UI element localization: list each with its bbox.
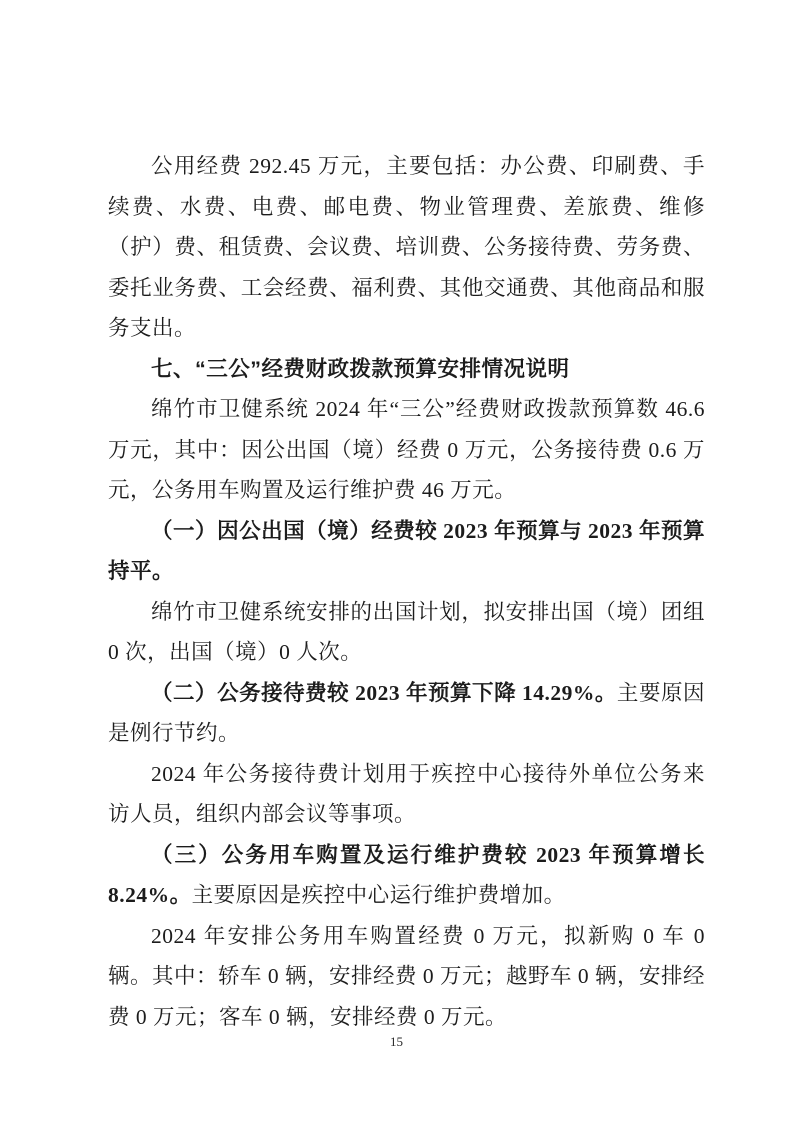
paragraph-vehicle-purchase-plan: 2024 年安排公务用车购置经费 0 万元，拟新购 0 车 0 辆。其中：轿车 … [108, 916, 705, 1038]
subsection-1-overseas-travel: （一）因公出国（境）经费较 2023 年预算与 2023 年预算持平。 [108, 511, 705, 592]
paragraph-overseas-travel-plan: 绵竹市卫健系统安排的出国计划，拟安排出国（境）团组 0 次，出国（境）0 人次。 [108, 592, 705, 673]
paragraph-public-funds: 公用经费 292.45 万元，主要包括：办公费、印刷费、手续费、水费、电费、邮电… [108, 146, 705, 349]
document-content: 公用经费 292.45 万元，主要包括：办公费、印刷费、手续费、水费、电费、邮电… [108, 146, 705, 1037]
paragraph-reception-plan: 2024 年公务接待费计划用于疾控中心接待外单位公务来访人员，组织内部会议等事项… [108, 754, 705, 835]
subsection-1-bold-text: （一）因公出国（境）经费较 2023 年预算与 2023 年预算持平。 [108, 519, 705, 584]
section-heading-three-public-funds: 七、“三公”经费财政拨款预算安排情况说明 [108, 349, 705, 390]
subsection-2-official-reception: （二）公务接待费较 2023 年预算下降 14.29%。主要原因是例行节约。 [108, 673, 705, 754]
subsection-3-normal-text: 主要原因是疾控中心运行维护费增加。 [192, 883, 566, 907]
paragraph-three-public-budget-total: 绵竹市卫健系统 2024 年“三公”经费财政拨款预算数 46.6 万元，其中：因… [108, 389, 705, 511]
subsection-2-bold-text: （二）公务接待费较 2023 年预算下降 14.29%。 [151, 681, 617, 705]
subsection-3-official-vehicles: （三）公务用车购置及运行维护费较 2023 年预算增长 8.24%。主要原因是疾… [108, 835, 705, 916]
page-number: 15 [0, 1034, 793, 1050]
document-page: 公用经费 292.45 万元，主要包括：办公费、印刷费、手续费、水费、电费、邮电… [0, 0, 793, 1122]
